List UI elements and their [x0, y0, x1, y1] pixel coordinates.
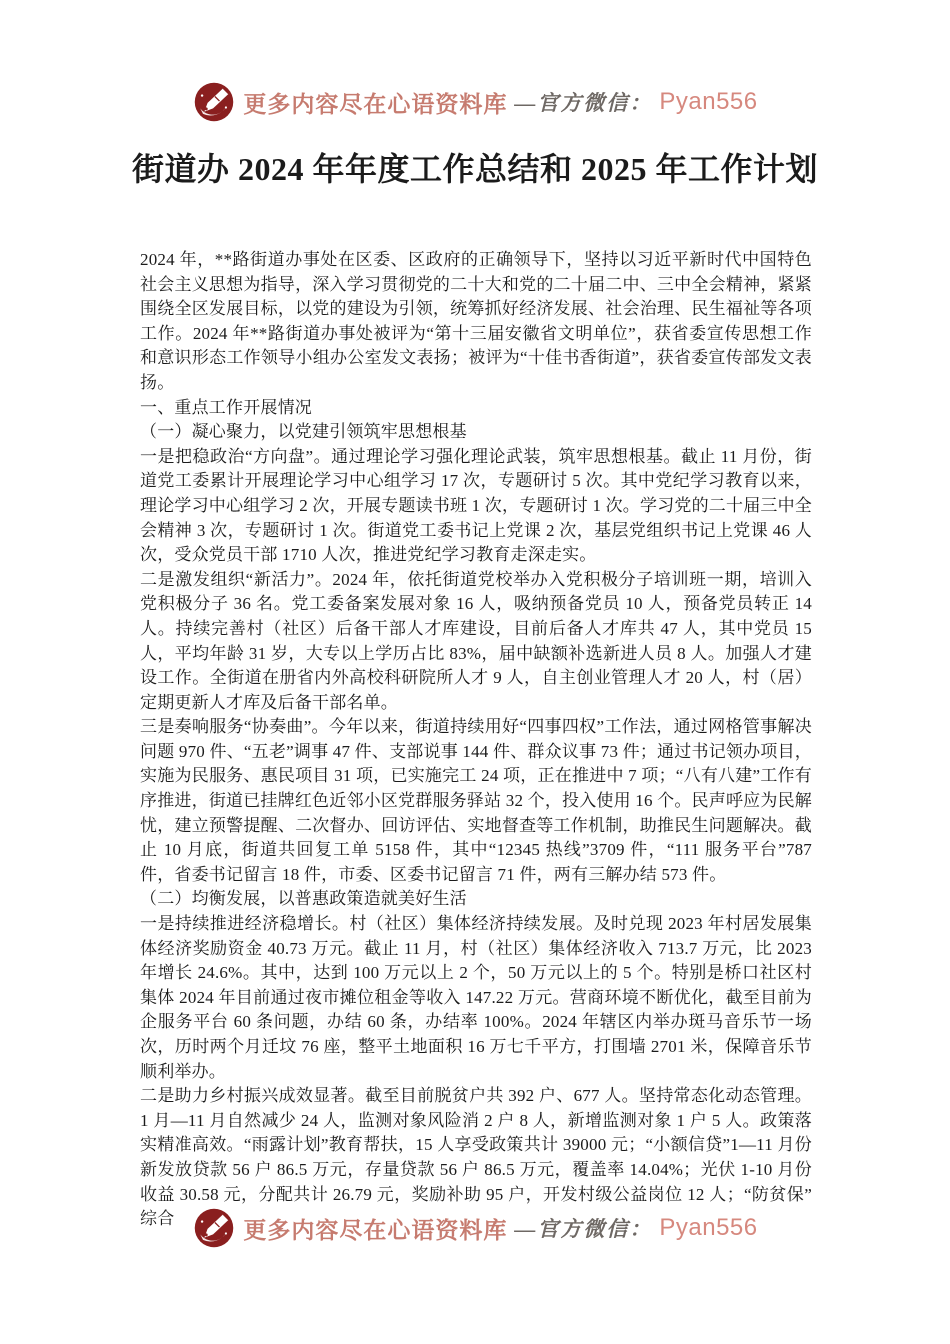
paragraph-party-vitality: 二是激发组织“新活力”。2024 年，依托街道党校举办入党积极分子培训班一期，培…: [140, 568, 812, 716]
heading-section-1-2: （二）均衡发展，以普惠政策造就美好生活: [140, 887, 812, 912]
heading-section-1: 一、重点工作开展情况: [140, 396, 812, 421]
watermark-wechat-account: Pyan556: [659, 88, 757, 116]
paragraph-economy-growth: 一是持续推进经济稳增长。村（社区）集体经济持续发展。及时兑现 2023 年村居发…: [140, 912, 812, 1084]
pen-nib-logo-icon: [192, 1206, 236, 1250]
watermark-bottom: 更多内容尽在心语资料库—官方微信：Pyan556: [0, 1206, 950, 1250]
heading-section-1-1: （一）凝心聚力，以党建引领筑牢思想根基: [140, 420, 812, 445]
document-body: 2024 年，**路街道办事处在区委、区政府的正确领导下，坚持以习近平新时代中国…: [140, 248, 812, 1232]
watermark-wechat-account: Pyan556: [659, 1214, 757, 1242]
watermark-main-text: 更多内容尽在心语资料库: [243, 1212, 507, 1245]
watermark-top: 更多内容尽在心语资料库—官方微信：Pyan556: [0, 80, 950, 124]
paragraph-intro: 2024 年，**路街道办事处在区委、区政府的正确领导下，坚持以习近平新时代中国…: [140, 248, 812, 396]
watermark-wechat-label: —官方微信：: [514, 87, 652, 117]
document-page: 更多内容尽在心语资料库—官方微信：Pyan556 街道办 2024 年年度工作总…: [0, 0, 950, 1344]
paragraph-service-work: 三是奏响服务“协奏曲”。今年以来，街道持续用好“四事四权”工作法，通过网格管事解…: [140, 715, 812, 887]
watermark-main-text: 更多内容尽在心语资料库: [243, 86, 507, 119]
document-title: 街道办 2024 年年度工作总结和 2025 年工作计划: [0, 144, 950, 190]
paragraph-theory-study: 一是把稳政治“方向盘”。通过理论学习强化理论武装，筑牢思想根基。截止 11 月份…: [140, 445, 812, 568]
watermark-wechat-label: —官方微信：: [514, 1213, 652, 1243]
pen-nib-logo-icon: [192, 80, 236, 124]
